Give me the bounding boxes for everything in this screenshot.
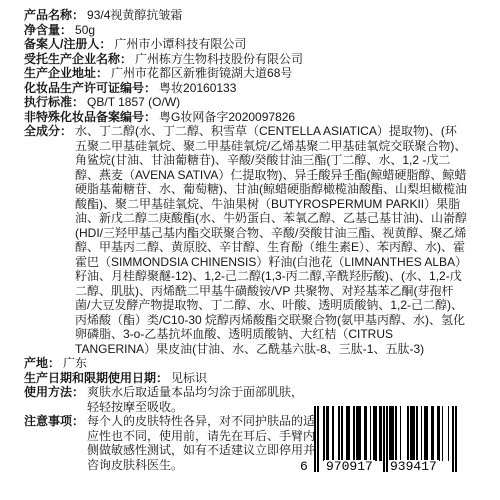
caution-label: 注意事项：: [24, 414, 84, 429]
field-row-production-license: 化妆品生产许可证编号： 粤妆20160133: [24, 81, 500, 96]
product-name-value: 93/4视黄醇抗皱霜: [87, 8, 182, 23]
usage-value: 爽肤水后取适量本品均匀涂于面部肌肤，轻轻按摩至吸收。: [87, 385, 309, 414]
standard-value: QB/T 1857 (O/W): [87, 95, 180, 110]
factory-address-value: 广州市花都区新雅街镜湖大道68号: [111, 66, 292, 81]
barcode-digits: 6 970917 939417: [300, 458, 462, 476]
barcode-digits-group1: 970917: [324, 460, 375, 475]
field-row-net-content: 净含量： 50g: [24, 23, 500, 38]
barcode-digits-group2: 939417: [388, 460, 439, 475]
net-content-label: 净含量：: [24, 23, 72, 38]
ingredients-label: 全成分：: [24, 124, 72, 139]
production-license-value: 粤妆20160133: [159, 81, 236, 96]
field-row-registrant: 备案人/注册人： 广州市小谭科技有限公司: [24, 37, 500, 52]
production-license-label: 化妆品生产许可证编号：: [24, 81, 156, 96]
ingredients-value: 水、丁二醇(水、丁二醇、积雪草（CENTELLA ASIATICA）提取物)、(…: [75, 124, 467, 356]
origin-label: 产地：: [24, 356, 60, 371]
product-name-label: 产品名称：: [24, 8, 84, 23]
registrant-label: 备案人/注册人：: [24, 37, 111, 52]
origin-value: 广东: [63, 356, 87, 371]
field-row-standard: 执行标准： QB/T 1857 (O/W): [24, 95, 500, 110]
caution-value: 每个人的皮肤特性各异，对不同护肤品的适应性也不同，使用前，请先在耳后、手臂内侧做…: [87, 414, 315, 472]
barcode-digit-first: 6: [298, 460, 310, 475]
dates-value: 见标识: [171, 371, 207, 386]
ingredients-block: 全成分： 水、丁二醇(水、丁二醇、积雪草（CENTELLA ASIATICA）提…: [24, 124, 500, 356]
field-row-factory-address: 生产企业地址： 广州市花都区新雅街镜湖大道68号: [24, 66, 500, 81]
field-row-filing-number: 非特殊化妆品备案编号： 粤G妆网备字2020097826: [24, 110, 500, 125]
manufacturer-value: 广州栋方生物科技股份有限公司: [135, 52, 303, 67]
manufacturer-label: 受托生产企业名称：: [24, 52, 132, 67]
filing-number-value: 粤G妆网备字2020097826: [159, 110, 295, 125]
field-row-origin: 产地： 广东: [24, 356, 500, 371]
net-content-value: 50g: [75, 23, 95, 38]
filing-number-label: 非特殊化妆品备案编号：: [24, 110, 156, 125]
factory-address-label: 生产企业地址：: [24, 66, 108, 81]
field-row-manufacturer: 受托生产企业名称： 广州栋方生物科技股份有限公司: [24, 52, 500, 67]
ean13-barcode: 6 970917 939417: [300, 406, 462, 490]
field-row-dates: 生产日期和限期使用日期： 见标识: [24, 371, 500, 386]
product-label-sheet: 产品名称： 93/4视黄醇抗皱霜 净含量： 50g 备案人/注册人： 广州市小谭…: [0, 0, 500, 472]
field-row-product-name: 产品名称： 93/4视黄醇抗皱霜: [24, 8, 500, 23]
registrant-value: 广州市小谭科技有限公司: [114, 37, 246, 52]
standard-label: 执行标准：: [24, 95, 84, 110]
dates-label: 生产日期和限期使用日期：: [24, 371, 168, 386]
usage-label: 使用方法：: [24, 385, 84, 400]
